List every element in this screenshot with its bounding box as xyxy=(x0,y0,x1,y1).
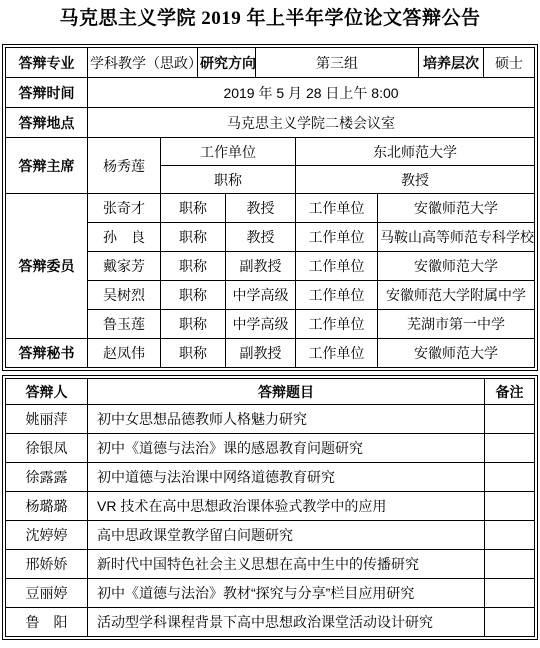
member-unit: 马鞍山高等师范专科学校 xyxy=(378,223,535,252)
note-cell xyxy=(485,579,535,608)
member-title-label: 职称 xyxy=(161,310,226,339)
note-cell xyxy=(485,608,535,637)
member-title: 教授 xyxy=(226,194,296,223)
candidates-grid: 答辩人 答辩题目 备注 姚丽萍 初中女思想品德教师人格魅力研究 徐银凤 初中《道… xyxy=(5,378,535,637)
member-unit: 芜湖市第一中学 xyxy=(378,310,535,339)
thesis-title: VR 技术在高中思想政治课体验式教学中的应用 xyxy=(88,492,485,521)
level-label: 培养层次 xyxy=(419,48,484,78)
info-time-place: 答辩时间 2019 年 5 月 28 日上午 8:00 答辩地点 马克思主义学院… xyxy=(5,77,535,138)
note-cell xyxy=(485,463,535,492)
candidate-row: 徐露露 初中道德与法治课中网络道德教育研究 xyxy=(6,463,535,492)
candidate-row: 鲁 阳 活动型学科课程背景下高中思想政治课堂活动设计研究 xyxy=(6,608,535,637)
info-row-major: 答辩专业 学科教学（思政） 研究方向 第三组 培养层次 硕士 xyxy=(5,47,535,78)
candidate-row: 姚丽萍 初中女思想品德教师人格魅力研究 xyxy=(6,405,535,434)
note-cell xyxy=(485,434,535,463)
time-label: 答辩时间 xyxy=(6,78,88,108)
chair-title-label: 职称 xyxy=(161,166,296,194)
member-name: 鲁玉莲 xyxy=(88,310,161,339)
committee-label: 答辩委员 xyxy=(6,194,88,339)
thesis-title: 初中女思想品德教师人格魅力研究 xyxy=(88,405,485,434)
committee-section: 答辩委员 张奇才 职称 教授 工作单位 安徽师范大学 孙 良 职称 教授 工作单… xyxy=(5,193,535,368)
major-label: 答辩专业 xyxy=(6,48,88,78)
thesis-title: 活动型学科课程背景下高中思想政治课堂活动设计研究 xyxy=(88,608,485,637)
thesis-title: 新时代中国特色社会主义思想在高中生中的传播研究 xyxy=(88,550,485,579)
member-name: 吴树烈 xyxy=(88,281,161,310)
member-unit-label: 工作单位 xyxy=(296,252,378,281)
committee-row: 答辩委员 张奇才 职称 教授 工作单位 安徽师范大学 xyxy=(6,194,535,223)
member-title-label: 职称 xyxy=(161,252,226,281)
note-cell xyxy=(485,521,535,550)
chair-unit: 东北师范大学 xyxy=(296,138,535,166)
place-value: 马克思主义学院二楼会议室 xyxy=(88,108,535,138)
candidate-row: 豆丽婷 初中《道德与法治》教材“探究与分享”栏目应用研究 xyxy=(6,579,535,608)
member-title-label: 职称 xyxy=(161,194,226,223)
member-name: 孙 良 xyxy=(88,223,161,252)
member-unit: 安徽师范大学附属中学 xyxy=(378,281,535,310)
member-unit-label: 工作单位 xyxy=(296,194,378,223)
candidate-row: 徐银凤 初中《道德与法治》课的感恩教育问题研究 xyxy=(6,434,535,463)
direction-label: 研究方向 xyxy=(198,48,256,78)
member-unit-label: 工作单位 xyxy=(296,223,378,252)
member-name: 戴家芳 xyxy=(88,252,161,281)
thesis-title: 高中思政课堂教学留白问题研究 xyxy=(88,521,485,550)
secretary-label: 答辩秘书 xyxy=(6,339,88,368)
secretary-unit: 安徽师范大学 xyxy=(378,339,535,368)
major-value: 学科教学（思政） xyxy=(88,48,198,78)
candidate-name: 邢娇娇 xyxy=(6,550,88,579)
candidate-row: 杨璐璐 VR 技术在高中思想政治课体验式教学中的应用 xyxy=(6,492,535,521)
secretary-row: 答辩秘书 赵凤伟 职称 副教授 工作单位 安徽师范大学 xyxy=(6,339,535,368)
secretary-title: 副教授 xyxy=(226,339,296,368)
candidate-name: 鲁 阳 xyxy=(6,608,88,637)
candidate-row: 沈婷婷 高中思政课堂教学留白问题研究 xyxy=(6,521,535,550)
member-unit-label: 工作单位 xyxy=(296,310,378,339)
member-title-label: 职称 xyxy=(161,223,226,252)
member-unit-label: 工作单位 xyxy=(296,281,378,310)
thesis-title: 初中《道德与法治》教材“探究与分享”栏目应用研究 xyxy=(88,579,485,608)
secretary-unit-label: 工作单位 xyxy=(296,339,378,368)
time-value: 2019 年 5 月 28 日上午 8:00 xyxy=(88,78,535,108)
chair-section: 答辩主席 杨秀莲 工作单位 东北师范大学 职称 教授 xyxy=(5,137,535,194)
member-title: 中学高级 xyxy=(226,281,296,310)
candidate-name: 沈婷婷 xyxy=(6,521,88,550)
secretary-name: 赵凤伟 xyxy=(88,339,161,368)
note-cell xyxy=(485,405,535,434)
thesis-title: 初中《道德与法治》课的感恩教育问题研究 xyxy=(88,434,485,463)
chair-unit-label: 工作单位 xyxy=(161,138,296,166)
place-label: 答辩地点 xyxy=(6,108,88,138)
member-unit: 安徽师范大学 xyxy=(378,194,535,223)
candidate-name: 徐银凤 xyxy=(6,434,88,463)
chair-name: 杨秀莲 xyxy=(88,138,161,194)
document-page: 马克思主义学院 2019 年上半年学位论文答辩公告 答辩专业 学科教学（思政） … xyxy=(0,0,540,640)
direction-value: 第三组 xyxy=(256,48,419,78)
note-cell xyxy=(485,492,535,521)
note-header: 备注 xyxy=(485,379,535,405)
candidate-row: 邢娇娇 新时代中国特色社会主义思想在高中生中的传播研究 xyxy=(6,550,535,579)
member-title: 副教授 xyxy=(226,252,296,281)
member-title: 教授 xyxy=(226,223,296,252)
member-title: 中学高级 xyxy=(226,310,296,339)
info-table: 答辩专业 学科教学（思政） 研究方向 第三组 培养层次 硕士 答辩时间 2019… xyxy=(2,44,538,371)
thesis-title: 初中道德与法治课中网络道德教育研究 xyxy=(88,463,485,492)
chair-title: 教授 xyxy=(296,166,535,194)
candidates-table: 答辩人 答辩题目 备注 姚丽萍 初中女思想品德教师人格魅力研究 徐银凤 初中《道… xyxy=(2,375,538,640)
secretary-title-label: 职称 xyxy=(161,339,226,368)
chair-label: 答辩主席 xyxy=(6,138,88,194)
note-cell xyxy=(485,550,535,579)
member-title-label: 职称 xyxy=(161,281,226,310)
candidate-name: 徐露露 xyxy=(6,463,88,492)
page-title: 马克思主义学院 2019 年上半年学位论文答辩公告 xyxy=(2,7,538,31)
candidate-name: 姚丽萍 xyxy=(6,405,88,434)
candidate-name: 杨璐璐 xyxy=(6,492,88,521)
candidate-name-header: 答辩人 xyxy=(6,379,88,405)
thesis-title-header: 答辩题目 xyxy=(88,379,485,405)
candidates-header-row: 答辩人 答辩题目 备注 xyxy=(6,379,535,405)
member-unit: 安徽师范大学 xyxy=(378,252,535,281)
level-value: 硕士 xyxy=(484,48,535,78)
member-name: 张奇才 xyxy=(88,194,161,223)
candidate-name: 豆丽婷 xyxy=(6,579,88,608)
